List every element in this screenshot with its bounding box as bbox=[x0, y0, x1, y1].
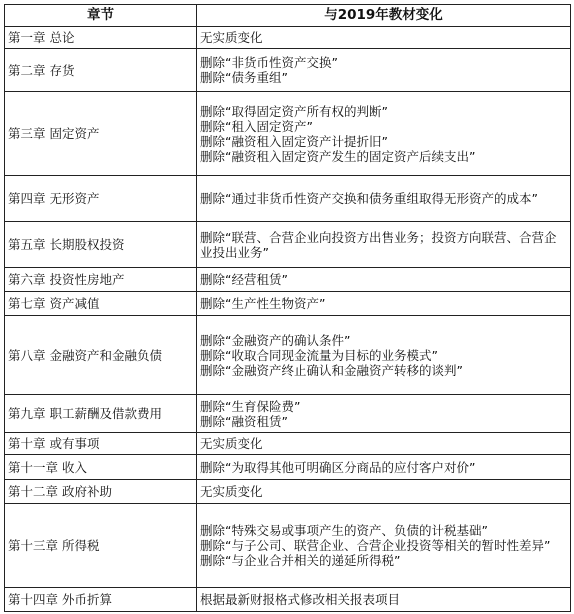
changes-cell: 删除“非货币性资产交换”删除“债务重组” bbox=[197, 49, 571, 92]
table-row: 第十章 或有事项无实质变化 bbox=[5, 433, 571, 455]
header-chapter: 章节 bbox=[5, 5, 197, 27]
header-changes: 与2019年教材变化 bbox=[197, 5, 571, 27]
change-item: 删除“特殊交易或事项产生的资产、负债的计税基础” bbox=[200, 523, 567, 538]
table-header-row: 章节 与2019年教材变化 bbox=[5, 5, 571, 27]
table-row: 第三章 固定资产删除“取得固定资产所有权的判断”删除“租入固定资产”删除“融资租… bbox=[5, 92, 571, 176]
chapter-cell: 第七章 资产减值 bbox=[5, 292, 197, 316]
chapter-cell: 第五章 长期股权投资 bbox=[5, 222, 197, 268]
change-item: 无实质变化 bbox=[200, 30, 567, 45]
change-item: 无实质变化 bbox=[200, 484, 567, 499]
table-row: 第二章 存货删除“非货币性资产交换”删除“债务重组” bbox=[5, 49, 571, 92]
change-item: 删除“收取合同现金流量为目标的业务模式” bbox=[200, 348, 567, 363]
change-item: 删除“联营、合营企业向投资方出售业务；投资方向联营、合营企业投出业务” bbox=[200, 230, 567, 260]
change-item: 删除“融资租赁” bbox=[200, 414, 567, 429]
chapter-cell: 第一章 总论 bbox=[5, 27, 197, 49]
change-item: 删除“与子公司、联营企业、合营企业投资等相关的暂时性差异” bbox=[200, 538, 567, 553]
table-row: 第一章 总论无实质变化 bbox=[5, 27, 571, 49]
chapter-cell: 第三章 固定资产 bbox=[5, 92, 197, 176]
table-row: 第十三章 所得税删除“特殊交易或事项产生的资产、负债的计税基础”删除“与子公司、… bbox=[5, 504, 571, 588]
change-item: 删除“融资租入固定资产计提折旧” bbox=[200, 134, 567, 149]
changes-cell: 删除“为取得其他可明确区分商品的应付客户对价” bbox=[197, 455, 571, 480]
chapter-cell: 第九章 职工薪酬及借款费用 bbox=[5, 395, 197, 433]
table-row: 第六章 投资性房地产删除“经营租赁” bbox=[5, 268, 571, 292]
change-item: 删除“经营租赁” bbox=[200, 272, 567, 287]
change-item: 删除“金融资产的确认条件” bbox=[200, 333, 567, 348]
chapter-cell: 第十二章 政府补助 bbox=[5, 480, 197, 504]
table-row: 第四章 无形资产删除“通过非货币性资产交换和债务重组取得无形资产的成本” bbox=[5, 176, 571, 222]
change-item: 根据最新财报格式修改相关报表项目 bbox=[200, 592, 567, 607]
chapter-cell: 第十一章 收入 bbox=[5, 455, 197, 480]
changes-cell: 删除“取得固定资产所有权的判断”删除“租入固定资产”删除“融资租入固定资产计提折… bbox=[197, 92, 571, 176]
changes-cell: 删除“经营租赁” bbox=[197, 268, 571, 292]
change-item: 删除“与企业合并相关的递延所得税” bbox=[200, 553, 567, 568]
changes-cell: 删除“通过非货币性资产交换和债务重组取得无形资产的成本” bbox=[197, 176, 571, 222]
chapter-cell: 第十章 或有事项 bbox=[5, 433, 197, 455]
change-item: 删除“通过非货币性资产交换和债务重组取得无形资产的成本” bbox=[200, 191, 567, 206]
table-row: 第五章 长期股权投资删除“联营、合营企业向投资方出售业务；投资方向联营、合营企业… bbox=[5, 222, 571, 268]
chapter-cell: 第二章 存货 bbox=[5, 49, 197, 92]
table-row: 第十一章 收入删除“为取得其他可明确区分商品的应付客户对价” bbox=[5, 455, 571, 480]
chapter-cell: 第十三章 所得税 bbox=[5, 504, 197, 588]
change-item: 无实质变化 bbox=[200, 436, 567, 451]
table-row: 第八章 金融资产和金融负债删除“金融资产的确认条件”删除“收取合同现金流量为目标… bbox=[5, 316, 571, 395]
table-row: 第十四章 外币折算根据最新财报格式修改相关报表项目 bbox=[5, 588, 571, 612]
change-item: 删除“非货币性资产交换” bbox=[200, 55, 567, 70]
table-row: 第九章 职工薪酬及借款费用删除“生育保险费”删除“融资租赁” bbox=[5, 395, 571, 433]
change-item: 删除“取得固定资产所有权的判断” bbox=[200, 104, 567, 119]
textbook-changes-table: 章节 与2019年教材变化 第一章 总论无实质变化第二章 存货删除“非货币性资产… bbox=[4, 4, 571, 612]
change-item: 删除“融资租入固定资产发生的固定资产后续支出” bbox=[200, 149, 567, 164]
changes-cell: 删除“联营、合营企业向投资方出售业务；投资方向联营、合营企业投出业务” bbox=[197, 222, 571, 268]
table-row: 第七章 资产减值删除“生产性生物资产” bbox=[5, 292, 571, 316]
changes-cell: 删除“特殊交易或事项产生的资产、负债的计税基础”删除“与子公司、联营企业、合营企… bbox=[197, 504, 571, 588]
table-body: 第一章 总论无实质变化第二章 存货删除“非货币性资产交换”删除“债务重组”第三章… bbox=[5, 27, 571, 612]
changes-cell: 根据最新财报格式修改相关报表项目 bbox=[197, 588, 571, 612]
changes-cell: 删除“生产性生物资产” bbox=[197, 292, 571, 316]
change-item: 删除“为取得其他可明确区分商品的应付客户对价” bbox=[200, 460, 567, 475]
chapter-cell: 第四章 无形资产 bbox=[5, 176, 197, 222]
changes-cell: 无实质变化 bbox=[197, 433, 571, 455]
changes-cell: 删除“生育保险费”删除“融资租赁” bbox=[197, 395, 571, 433]
table-row: 第十二章 政府补助无实质变化 bbox=[5, 480, 571, 504]
change-item: 删除“生产性生物资产” bbox=[200, 296, 567, 311]
change-item: 删除“债务重组” bbox=[200, 70, 567, 85]
change-item: 删除“生育保险费” bbox=[200, 399, 567, 414]
change-item: 删除“租入固定资产” bbox=[200, 119, 567, 134]
changes-cell: 删除“金融资产的确认条件”删除“收取合同现金流量为目标的业务模式”删除“金融资产… bbox=[197, 316, 571, 395]
changes-cell: 无实质变化 bbox=[197, 27, 571, 49]
chapter-cell: 第十四章 外币折算 bbox=[5, 588, 197, 612]
changes-cell: 无实质变化 bbox=[197, 480, 571, 504]
chapter-cell: 第六章 投资性房地产 bbox=[5, 268, 197, 292]
change-item: 删除“金融资产终止确认和金融资产转移的谈判” bbox=[200, 363, 567, 378]
chapter-cell: 第八章 金融资产和金融负债 bbox=[5, 316, 197, 395]
